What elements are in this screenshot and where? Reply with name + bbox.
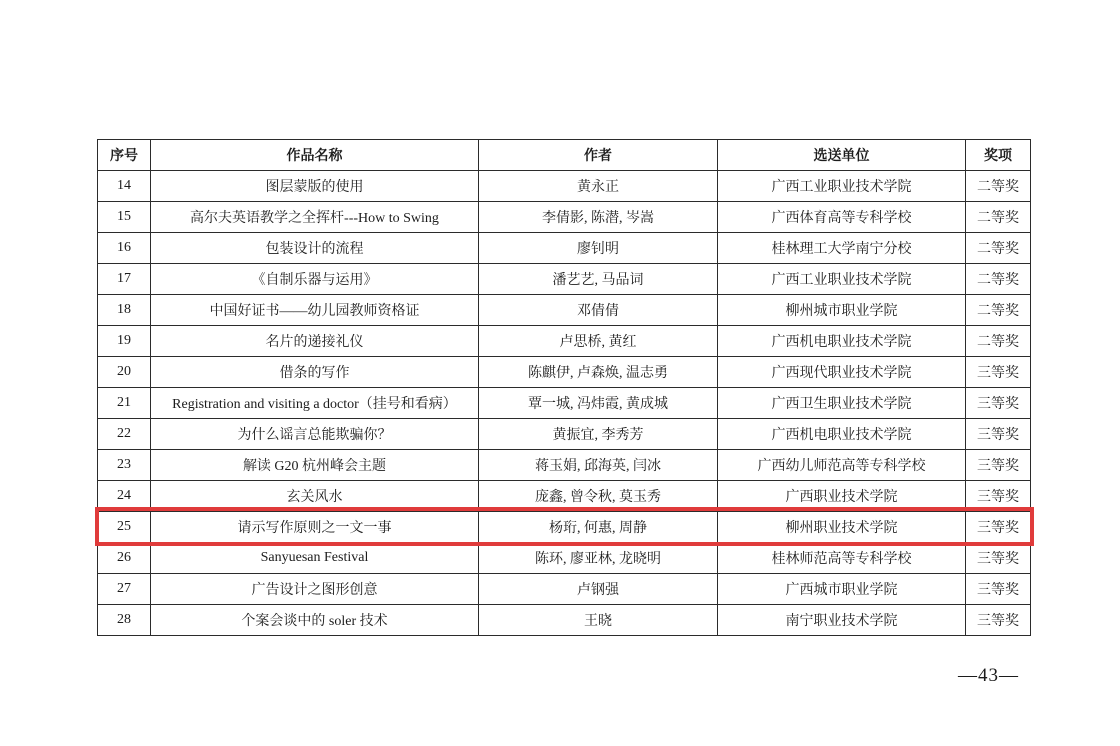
cell-award: 三等奖 [966, 388, 1031, 419]
cell-authors: 卢思桥, 黄红 [479, 326, 718, 357]
cell-authors: 黄永正 [479, 171, 718, 202]
table-row: 16 包装设计的流程 廖钊明 桂林理工大学南宁分校 二等奖 [98, 233, 1031, 264]
cell-no: 23 [98, 450, 151, 481]
header-authors: 作者 [479, 140, 718, 171]
cell-award: 二等奖 [966, 264, 1031, 295]
cell-unit: 广西机电职业技术学院 [718, 419, 966, 450]
cell-unit: 柳州城市职业学院 [718, 295, 966, 326]
table-row: 18 中国好证书——幼儿园教师资格证 邓倩倩 柳州城市职业学院 二等奖 [98, 295, 1031, 326]
cell-no: 18 [98, 295, 151, 326]
table-body: 14 图层蒙版的使用 黄永正 广西工业职业技术学院 二等奖 15 高尔夫英语教学… [98, 171, 1031, 636]
table-row: 15 高尔夫英语教学之全挥杆---How to Swing 李倩影, 陈潜, 岑… [98, 202, 1031, 233]
cell-authors: 庞鑫, 曾令秋, 莫玉秀 [479, 481, 718, 512]
header-award: 奖项 [966, 140, 1031, 171]
table-row: 28 个案会谈中的 soler 技术 王晓 南宁职业技术学院 三等奖 [98, 605, 1031, 636]
cell-no: 19 [98, 326, 151, 357]
cell-unit: 广西幼儿师范高等专科学校 [718, 450, 966, 481]
cell-unit: 广西工业职业技术学院 [718, 171, 966, 202]
cell-no: 16 [98, 233, 151, 264]
cell-no: 24 [98, 481, 151, 512]
cell-unit: 广西现代职业技术学院 [718, 357, 966, 388]
cell-title: 借条的写作 [151, 357, 479, 388]
header-unit: 选送单位 [718, 140, 966, 171]
cell-authors: 陈麒伊, 卢森焕, 温志勇 [479, 357, 718, 388]
cell-title: 广告设计之图形创意 [151, 574, 479, 605]
cell-award: 二等奖 [966, 326, 1031, 357]
cell-authors: 王晓 [479, 605, 718, 636]
cell-authors: 廖钊明 [479, 233, 718, 264]
cell-no: 25 [98, 512, 151, 543]
cell-award: 二等奖 [966, 202, 1031, 233]
header-title: 作品名称 [151, 140, 479, 171]
table-row: 19 名片的递接礼仪 卢思桥, 黄红 广西机电职业技术学院 二等奖 [98, 326, 1031, 357]
table-header: 序号 作品名称 作者 选送单位 奖项 [98, 140, 1031, 171]
cell-award: 三等奖 [966, 574, 1031, 605]
header-row: 序号 作品名称 作者 选送单位 奖项 [98, 140, 1031, 171]
cell-unit: 南宁职业技术学院 [718, 605, 966, 636]
cell-authors: 蒋玉娟, 邱海英, 闫冰 [479, 450, 718, 481]
table-row: 26 Sanyuesan Festival 陈环, 廖亚林, 龙晓明 桂林师范高… [98, 543, 1031, 574]
cell-title: 名片的递接礼仪 [151, 326, 479, 357]
cell-award: 三等奖 [966, 512, 1031, 543]
cell-no: 21 [98, 388, 151, 419]
table-row: 21 Registration and visiting a doctor（挂号… [98, 388, 1031, 419]
table-row: 27 广告设计之图形创意 卢钢强 广西城市职业学院 三等奖 [98, 574, 1031, 605]
page-number: —43— [958, 665, 1019, 687]
cell-unit: 广西城市职业学院 [718, 574, 966, 605]
cell-award: 二等奖 [966, 171, 1031, 202]
cell-title: 高尔夫英语教学之全挥杆---How to Swing [151, 202, 479, 233]
table-row: 22 为什么谣言总能欺骗你？ 黄振宜, 李秀芳 广西机电职业技术学院 三等奖 [98, 419, 1031, 450]
cell-title: 请示写作原则之一文一事 [151, 512, 479, 543]
cell-title: 为什么谣言总能欺骗你？ [151, 419, 479, 450]
cell-title: Sanyuesan Festival [151, 543, 479, 574]
cell-no: 17 [98, 264, 151, 295]
cell-unit: 广西体育高等专科学校 [718, 202, 966, 233]
cell-authors: 卢钢强 [479, 574, 718, 605]
cell-unit: 柳州职业技术学院 [718, 512, 966, 543]
cell-no: 20 [98, 357, 151, 388]
cell-unit: 广西卫生职业技术学院 [718, 388, 966, 419]
cell-title: 解读 G20 杭州峰会主题 [151, 450, 479, 481]
cell-title: Registration and visiting a doctor（挂号和看病… [151, 388, 479, 419]
cell-authors: 潘艺艺, 马品词 [479, 264, 718, 295]
cell-no: 26 [98, 543, 151, 574]
cell-award: 三等奖 [966, 605, 1031, 636]
cell-authors: 覃一城, 冯炜霞, 黄成城 [479, 388, 718, 419]
table-row: 23 解读 G20 杭州峰会主题 蒋玉娟, 邱海英, 闫冰 广西幼儿师范高等专科… [98, 450, 1031, 481]
table-row: 14 图层蒙版的使用 黄永正 广西工业职业技术学院 二等奖 [98, 171, 1031, 202]
cell-title: 图层蒙版的使用 [151, 171, 479, 202]
cell-award: 二等奖 [966, 295, 1031, 326]
cell-authors: 李倩影, 陈潜, 岑嵩 [479, 202, 718, 233]
cell-unit: 桂林师范高等专科学校 [718, 543, 966, 574]
cell-award: 三等奖 [966, 419, 1031, 450]
cell-unit: 桂林理工大学南宁分校 [718, 233, 966, 264]
cell-unit: 广西机电职业技术学院 [718, 326, 966, 357]
cell-award: 三等奖 [966, 481, 1031, 512]
cell-no: 14 [98, 171, 151, 202]
table-row-highlighted: 25 请示写作原则之一文一事 杨珩, 何惠, 周静 柳州职业技术学院 三等奖 [98, 512, 1031, 543]
table-row: 24 玄关风水 庞鑫, 曾令秋, 莫玉秀 广西职业技术学院 三等奖 [98, 481, 1031, 512]
document-page: 序号 作品名称 作者 选送单位 奖项 14 图层蒙版的使用 黄永正 广西工业职业… [0, 0, 1120, 746]
cell-authors: 杨珩, 何惠, 周静 [479, 512, 718, 543]
awards-table: 序号 作品名称 作者 选送单位 奖项 14 图层蒙版的使用 黄永正 广西工业职业… [97, 139, 1031, 636]
cell-award: 三等奖 [966, 543, 1031, 574]
cell-no: 15 [98, 202, 151, 233]
cell-unit: 广西工业职业技术学院 [718, 264, 966, 295]
cell-no: 22 [98, 419, 151, 450]
cell-award: 三等奖 [966, 357, 1031, 388]
header-no: 序号 [98, 140, 151, 171]
cell-award: 二等奖 [966, 233, 1031, 264]
cell-authors: 邓倩倩 [479, 295, 718, 326]
cell-title: 玄关风水 [151, 481, 479, 512]
cell-award: 三等奖 [966, 450, 1031, 481]
cell-authors: 陈环, 廖亚林, 龙晓明 [479, 543, 718, 574]
table-row: 17 《自制乐器与运用》 潘艺艺, 马品词 广西工业职业技术学院 二等奖 [98, 264, 1031, 295]
cell-unit: 广西职业技术学院 [718, 481, 966, 512]
cell-authors: 黄振宜, 李秀芳 [479, 419, 718, 450]
cell-title: 个案会谈中的 soler 技术 [151, 605, 479, 636]
cell-title: 《自制乐器与运用》 [151, 264, 479, 295]
cell-no: 28 [98, 605, 151, 636]
cell-no: 27 [98, 574, 151, 605]
table-row: 20 借条的写作 陈麒伊, 卢森焕, 温志勇 广西现代职业技术学院 三等奖 [98, 357, 1031, 388]
cell-title: 中国好证书——幼儿园教师资格证 [151, 295, 479, 326]
cell-title: 包装设计的流程 [151, 233, 479, 264]
